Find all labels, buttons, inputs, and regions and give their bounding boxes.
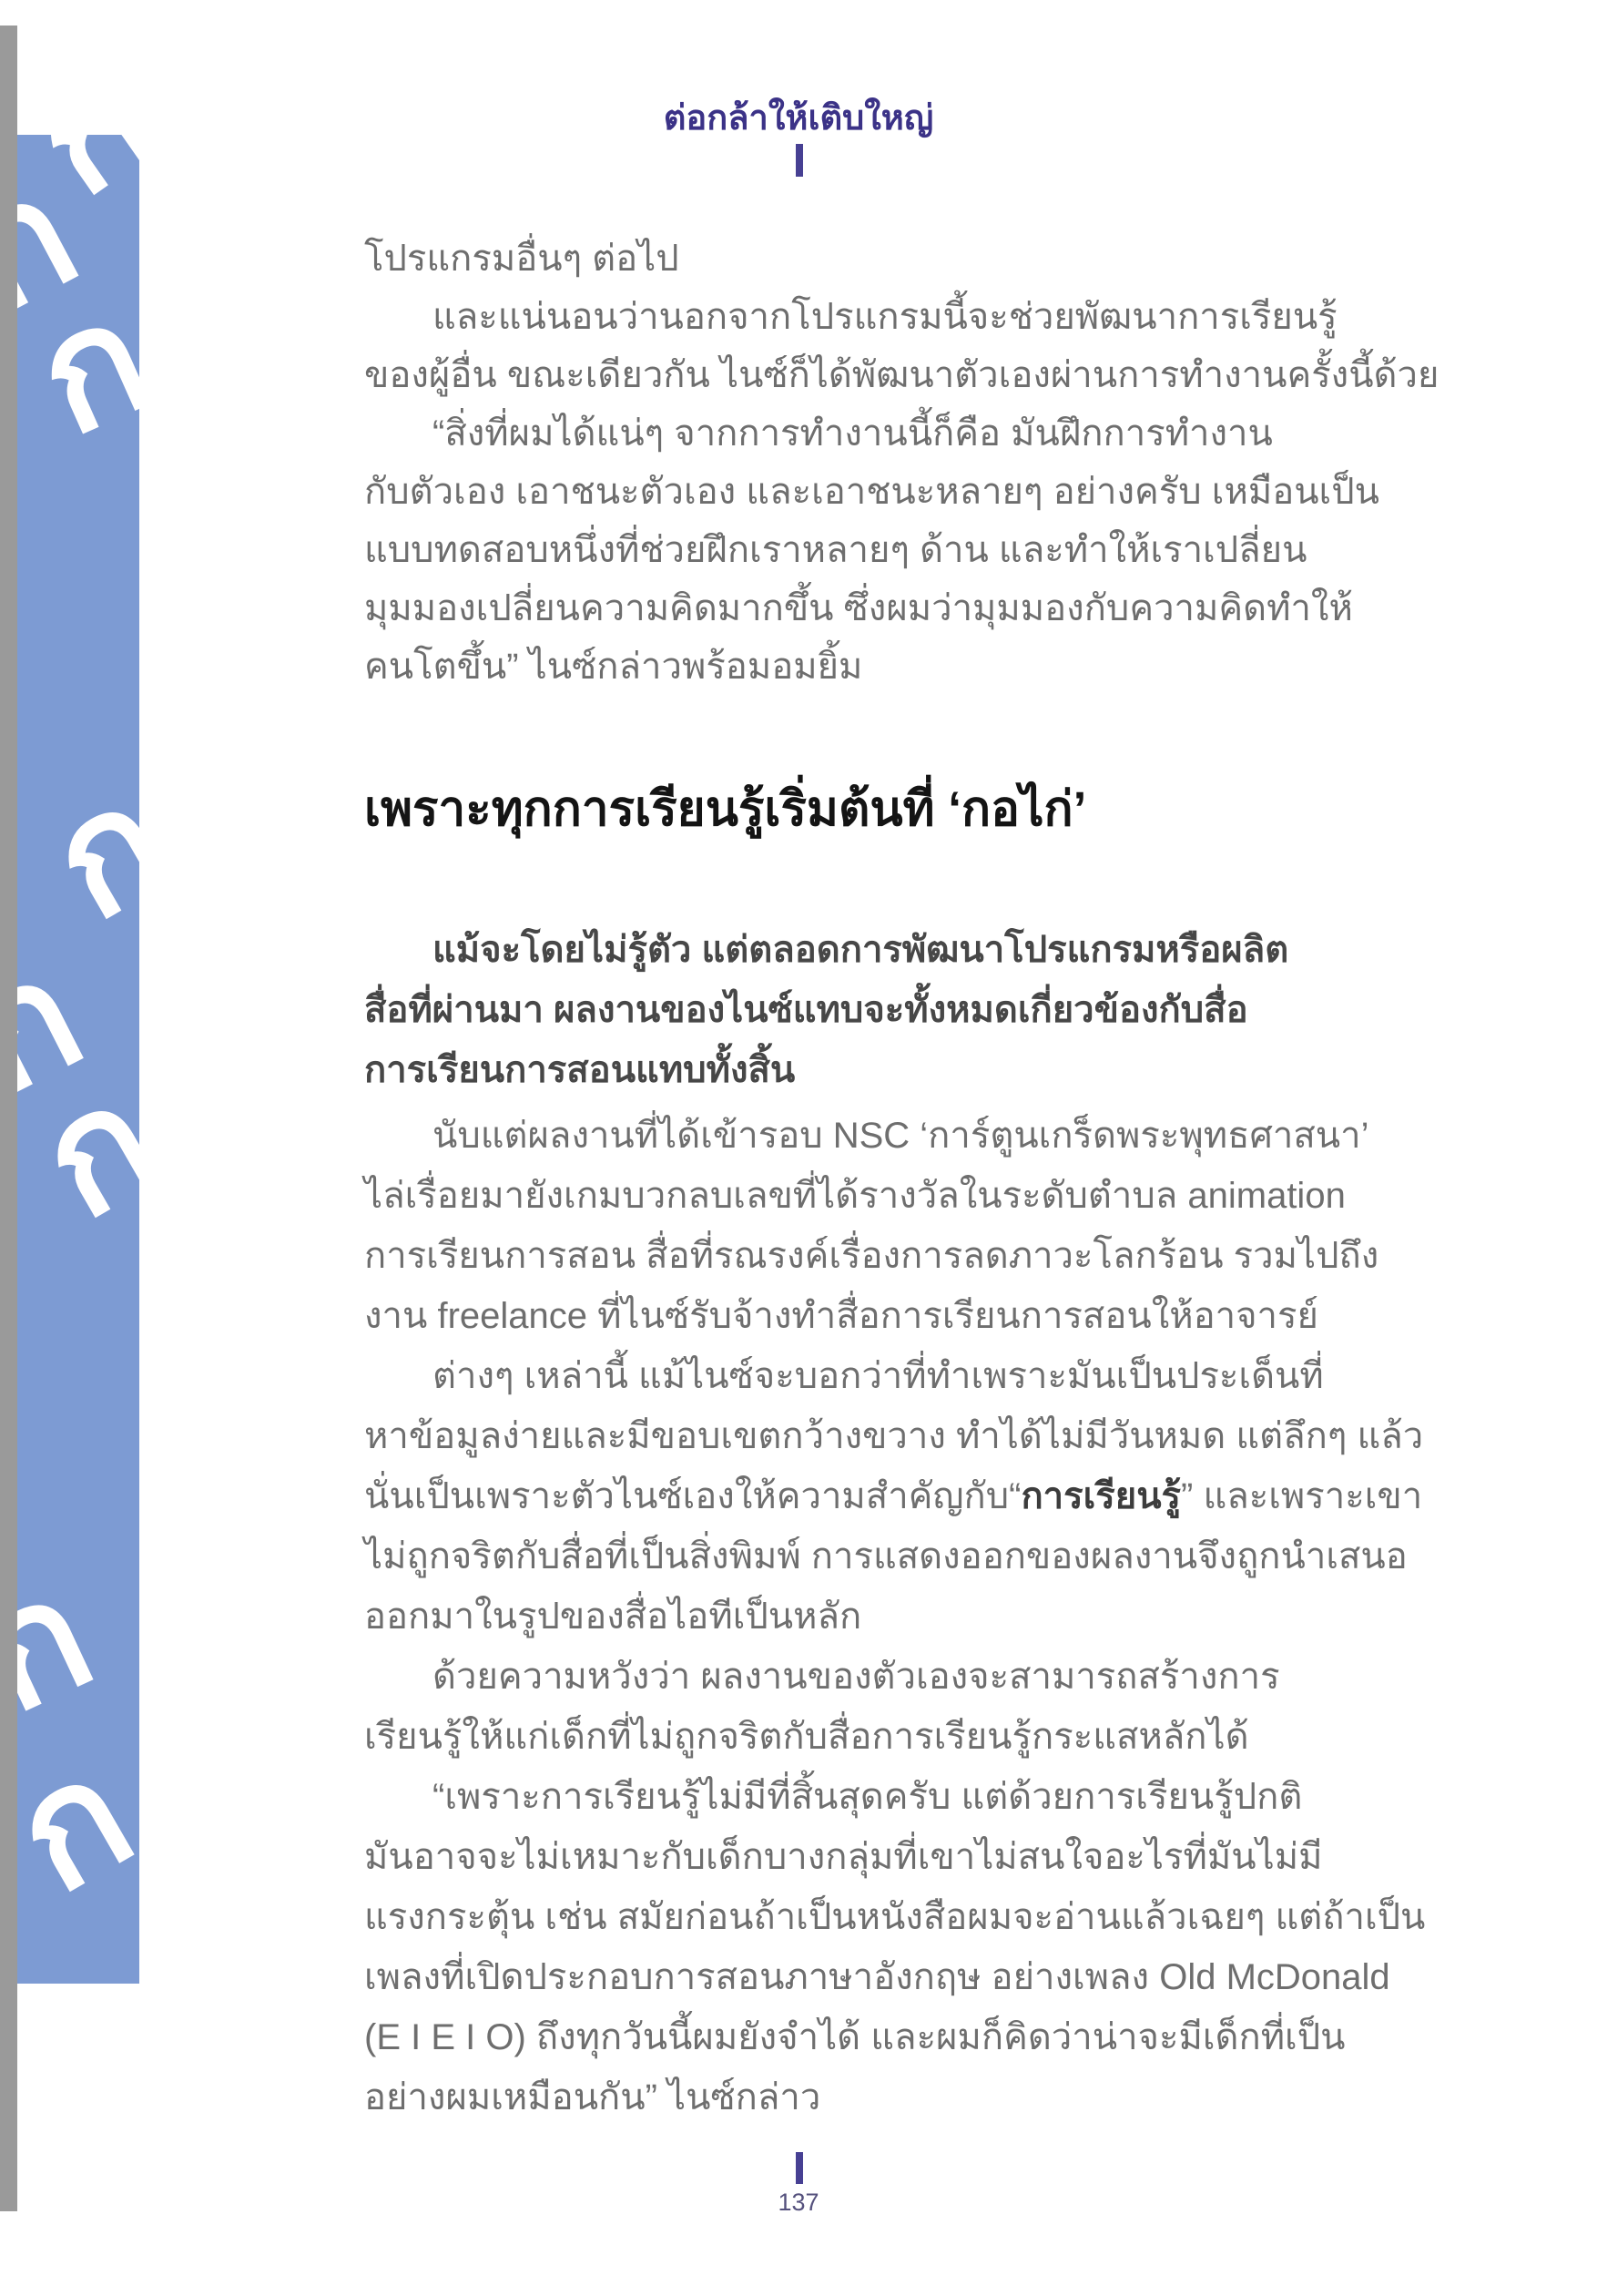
ko-kai-letter: ก <box>17 1552 112 1737</box>
text-line: (E I E I O) ถึงทุกวันนี้ผมยังจำได้ และผม… <box>364 2007 1507 2067</box>
text-line: คนโตขึ้น” ไนซ์กล่าวพร้อมอมยิ้ม <box>364 638 1507 696</box>
text-line: มุมมองเปลี่ยนความคิดมากขึ้น ซึ่งผมว่ามุม… <box>364 579 1507 638</box>
text-segment: นั่นเป็นเพราะตัวไนซ์เองให้ความสำคัญกับ“ <box>364 1476 1021 1516</box>
header-divider-tick <box>796 144 803 177</box>
text-line: แม้จะโดยไม่รู้ตัว แต่ตลอดการพัฒนาโปรแกรม… <box>364 920 1507 980</box>
text-line: การเรียนการสอนแทบทั้งสิ้น <box>364 1040 1507 1100</box>
text-line: ไล่เรื่อยมายังเกมบวกลบเลขที่ได้รางวัลในร… <box>364 1166 1507 1226</box>
running-header-title: ต่อกล้าให้เติบใหญ่ <box>0 89 1597 145</box>
text-line: โปรแกรมอื่นๆ ต่อไป <box>364 230 1507 288</box>
ko-kai-letter: ก <box>17 275 139 460</box>
text-line: เรียนรู้ให้แก่เด็กที่ไม่ถูกจริตกับสื่อกา… <box>364 1707 1507 1767</box>
text-line: และแน่นอนว่านอกจากโปรแกรมนี้จะช่วยพัฒนาก… <box>364 288 1507 346</box>
text-line: สื่อที่ผ่านมา ผลงานของไนซ์แทบจะทั้งหมดเก… <box>364 980 1507 1040</box>
left-gray-strip <box>0 26 17 2211</box>
text-line: อย่างผมเหมือนกัน” ไนซ์กล่าว <box>364 2067 1507 2128</box>
text-line: “สิ่งที่ผมได้แน่ๆ จากการทำงานนี้ก็คือ มั… <box>364 404 1507 463</box>
text-line: ออกมาในรูปของสื่อไอทีเป็นหลัก <box>364 1587 1507 1647</box>
text-line: หาข้อมูลง่ายและมีขอบเขตกว้างขวาง ทำได้ไม… <box>364 1406 1507 1466</box>
text-line: นั่นเป็นเพราะตัวไนซ์เองให้ความสำคัญกับ“ก… <box>364 1466 1507 1526</box>
emphasized-text: การเรียนรู้ <box>1021 1476 1181 1516</box>
book-page: กกกกกกกก ต่อกล้าให้เติบใหญ่ โปรแกรมอื่นๆ… <box>0 0 1597 2296</box>
text-line: ของผู้อื่น ขณะเดียวกัน ไนซ์ก็ได้พัฒนาตัว… <box>364 346 1507 404</box>
page-number: 137 <box>0 2189 1597 2217</box>
text-line: “เพราะการเรียนรู้ไม่มีที่สิ้นสุดครับ แต่… <box>364 1767 1507 1827</box>
text-line: งาน freelance ที่ไนซ์รับจ้างทำสื่อการเรี… <box>364 1286 1507 1346</box>
text-segment: ” และเพราะเขา <box>1181 1476 1422 1516</box>
text-line: ด้วยความหวังว่า ผลงานของตัวเองจะสามารถสร… <box>364 1647 1507 1707</box>
left-blue-band: กกกกกกกก <box>17 135 139 1984</box>
text-line: เพลงที่เปิดประกอบการสอนภาษาอังกฤษ อย่างเ… <box>364 1947 1507 2007</box>
ko-kai-letter: ก <box>17 1731 139 1918</box>
text-line: ต่างๆ เหล่านี้ แม้ไนซ์จะบอกว่าที่ทำเพราะ… <box>364 1346 1507 1406</box>
section-heading: เพราะทุกการเรียนรู้เริ่มต้นที่ ‘กอไก่’ <box>364 778 1507 842</box>
text-line: นับแต่ผลงานที่ได้เข้ารอบ NSC ‘การ์ตูนเกร… <box>364 1106 1507 1166</box>
text-line: แบบทดสอบหนึ่งที่ช่วยฝึกเราหลายๆ ด้าน และ… <box>364 521 1507 579</box>
footer-divider-tick <box>796 2152 803 2184</box>
text-line: แรงกระตุ้น เช่น สมัยก่อนถ้าเป็นหนังสือผม… <box>364 1887 1507 1947</box>
ko-kai-letter: ก <box>17 1057 139 1244</box>
text-line: การเรียนการสอน สื่อที่รณรงค์เรื่องการลดภ… <box>364 1226 1507 1286</box>
text-line: ไม่ถูกจริตกับสื่อที่เป็นสิ่งพิมพ์ การแสด… <box>364 1526 1507 1587</box>
text-line: กับตัวเอง เอาชนะตัวเอง และเอาชนะหลายๆ อย… <box>364 463 1507 521</box>
ko-kai-letter: ก <box>27 759 139 945</box>
body-text-column: โปรแกรมอื่นๆ ต่อไปและแน่นอนว่านอกจากโปรแ… <box>364 230 1507 2128</box>
text-line: มันอาจจะไม่เหมาะกับเด็กบางกลุ่มที่เขาไม่… <box>364 1827 1507 1887</box>
